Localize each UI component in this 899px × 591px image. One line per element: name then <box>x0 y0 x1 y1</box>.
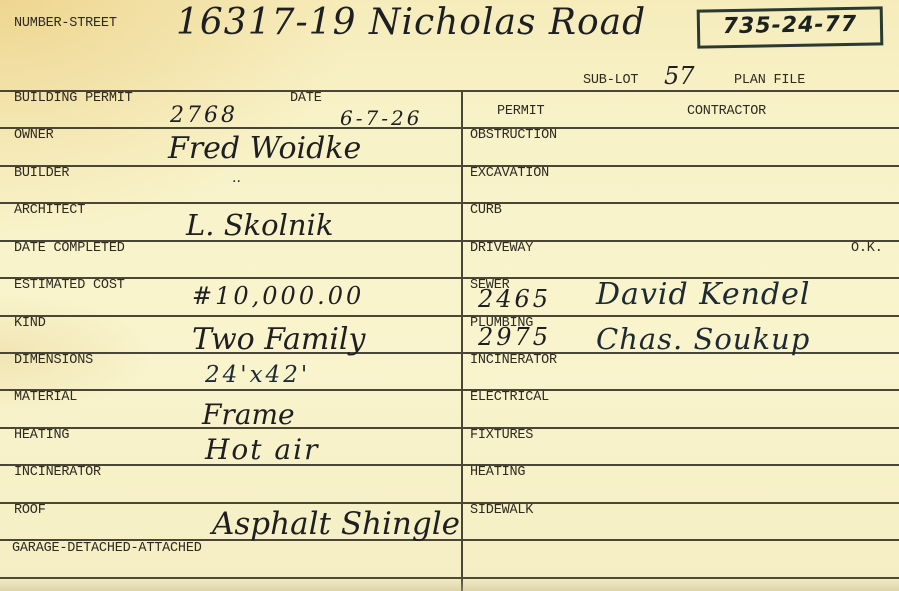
rule-line <box>0 202 899 204</box>
fixtures-label: FIXTURES <box>470 428 533 443</box>
date-label: DATE <box>290 91 322 106</box>
incinerator-label: INCINERATOR <box>14 465 101 480</box>
building-permit-value: 2768 <box>170 103 238 128</box>
permit-header: PERMIT <box>497 104 544 119</box>
number-street-label: NUMBER-STREET <box>14 16 117 31</box>
heating-label: HEATING <box>14 428 69 443</box>
driveway-label: DRIVEWAY <box>470 241 533 256</box>
dimensions-value: 24'x42' <box>205 362 310 388</box>
file-number-stamp: 735-24-77 <box>697 6 884 48</box>
rule-line <box>0 577 899 579</box>
file-number-text: 735-24-77 <box>700 11 880 39</box>
obstruction-label: OBSTRUCTION <box>470 128 557 143</box>
plumbing-permit: 2975 <box>478 323 551 351</box>
owner-value: Fred Woidke <box>168 131 361 166</box>
electrical-label: ELECTRICAL <box>470 390 549 405</box>
driveway-note: O.K. <box>851 241 883 256</box>
dimensions-label: DIMENSIONS <box>14 353 93 368</box>
rule-line <box>0 502 899 504</box>
owner-label: OWNER <box>14 128 54 143</box>
date-completed-label: DATE COMPLETED <box>14 241 125 256</box>
architect-label: ARCHITECT <box>14 203 85 218</box>
rule-line <box>0 389 899 391</box>
heating-permit-label: HEATING <box>470 465 525 480</box>
heating-value: Hot air <box>205 433 319 466</box>
building-permit-label: BUILDING PERMIT <box>14 91 133 106</box>
estimated-cost-value: #10,000.00 <box>192 282 364 310</box>
plan-file-label: PLAN FILE <box>734 73 805 88</box>
curb-label: CURB <box>470 203 502 218</box>
rule-line <box>0 90 899 92</box>
sub-lot-label: SUB-LOT <box>583 73 638 88</box>
estimated-cost-label: ESTIMATED COST <box>14 278 125 293</box>
sub-lot-value: 57 <box>664 62 695 90</box>
plumbing-contractor: Chas. Soukup <box>596 322 810 356</box>
number-street-value: 16317-19 Nicholas Road <box>176 2 646 43</box>
builder-label: BUILDER <box>14 166 69 181</box>
material-value: Frame <box>202 398 295 431</box>
rule-line <box>0 427 899 429</box>
kind-label: KIND <box>14 316 46 331</box>
kind-value: Two Family <box>192 322 365 357</box>
sewer-contractor: David Kendel <box>596 277 810 312</box>
sidewalk-label: SIDEWALK <box>470 503 533 518</box>
rule-line <box>0 127 899 129</box>
date-value: 6-7-26 <box>340 106 422 130</box>
material-label: MATERIAL <box>14 390 77 405</box>
rule-line <box>0 315 899 317</box>
contractor-header: CONTRACTOR <box>687 104 766 119</box>
garage-label: GARAGE-DETACHED-ATTACHED <box>12 541 202 556</box>
incinerator-permit-label: INCINERATOR <box>470 353 557 368</box>
rule-line <box>0 240 899 242</box>
building-permit-card: NUMBER-STREET 16317-19 Nicholas Road 735… <box>0 0 899 591</box>
excavation-label: EXCAVATION <box>470 166 549 181</box>
roof-value: Asphalt Shingle <box>212 506 460 542</box>
architect-value: L. Skolnik <box>186 208 333 242</box>
builder-value: .. <box>232 170 241 186</box>
rule-line <box>0 464 899 466</box>
sewer-permit: 2465 <box>478 285 551 313</box>
rule-line <box>0 165 899 167</box>
roof-label: ROOF <box>14 503 46 518</box>
